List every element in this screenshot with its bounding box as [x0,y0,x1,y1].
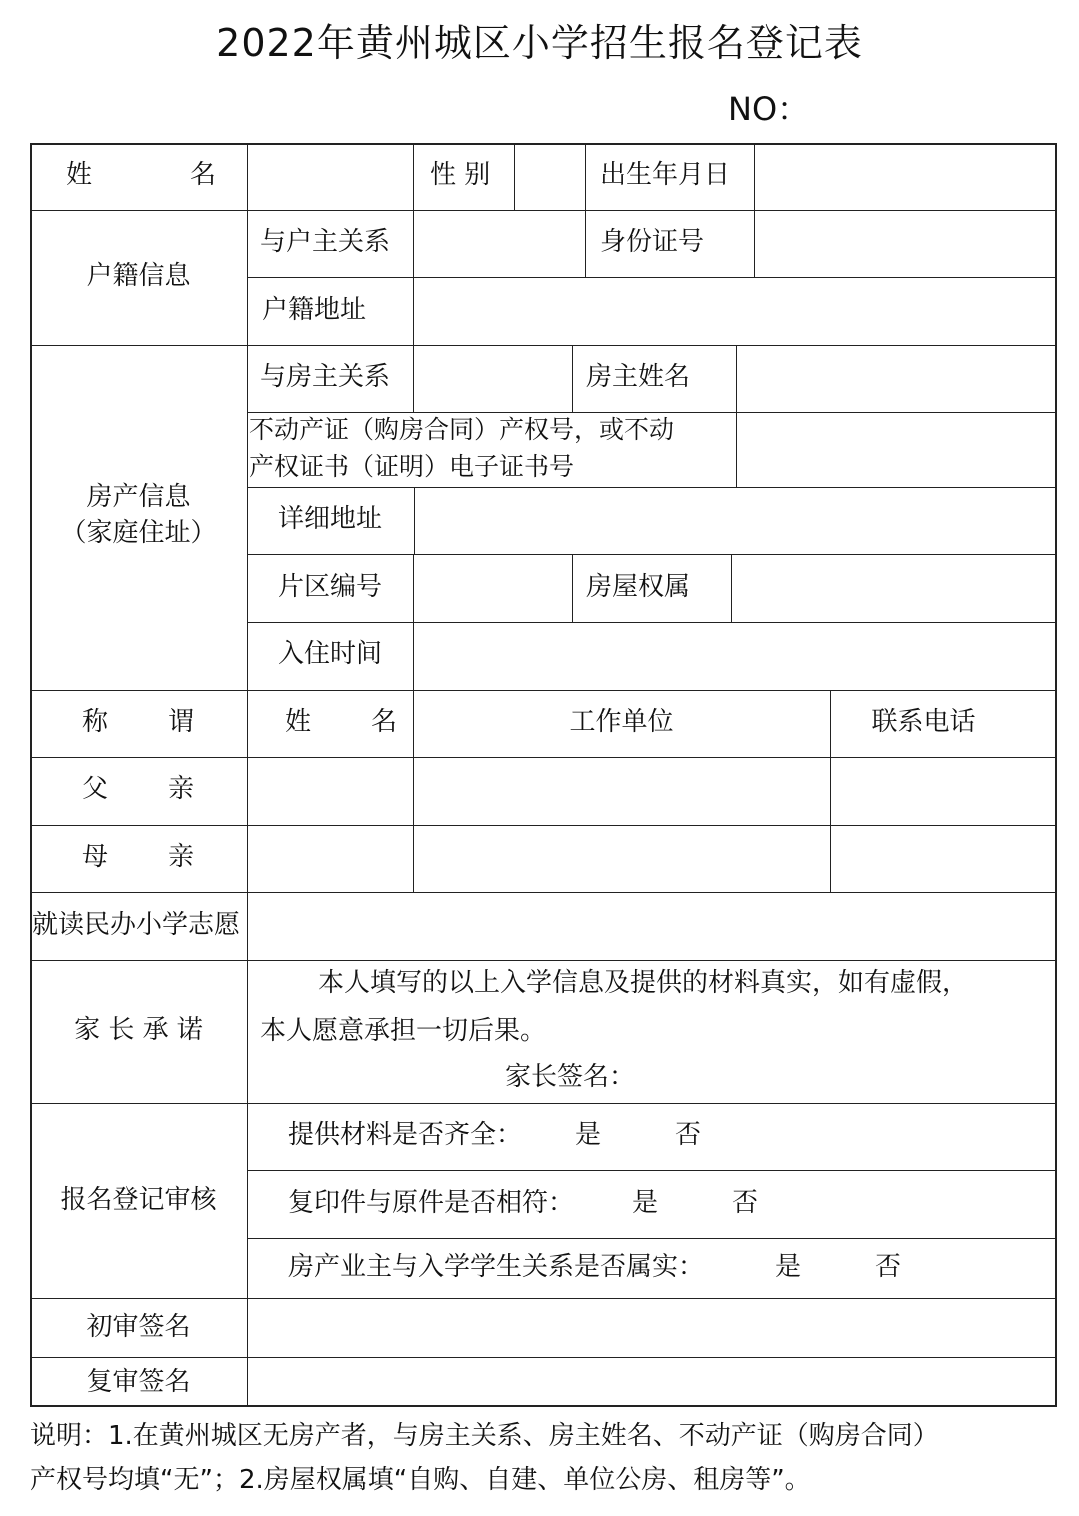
gender-label: 性 别 [430,160,490,191]
divider [413,554,414,690]
owner-name-label: 房主姓名 [586,362,690,393]
householder-relation-label: 与户主关系 [260,227,390,258]
review-section-label: 报名登记审核 [30,1185,247,1216]
mother-label: 母 亲 [82,842,194,873]
householder-relation-field[interactable] [415,212,584,276]
divider [414,487,415,554]
name-label: 姓 名 [66,160,216,191]
detailed-address-field[interactable] [416,489,1055,553]
divider [247,487,1057,488]
second-review-signature-label: 复审签名 [30,1367,247,1398]
divider [30,345,1057,346]
phone-column-header: 联系电话 [830,707,1017,738]
gender-field[interactable] [516,145,584,209]
property-cert-field[interactable] [738,414,1055,486]
zone-number-label: 片区编号 [278,572,382,603]
father-phone-field[interactable] [832,759,1055,824]
property-cert-label-2: 产权证书（证明）电子证书号 [249,452,574,482]
note-line-1: 说明：1.在黄州城区无房产者，与房主关系、房主姓名、不动产证（购房合同） [30,1414,1060,1458]
divider [754,143,755,277]
employer-column-header: 工作单位 [413,707,830,738]
zone-number-field[interactable] [415,556,571,621]
mother-phone-field[interactable] [832,827,1055,891]
move-in-time-label: 入住时间 [278,639,382,670]
property-cert-label: 不动产证（购房合同）产权号，或不动 [249,415,674,445]
parent-name-column-header: 姓 名 [285,707,397,738]
household-address-label: 户籍地址 [262,295,366,326]
ownership-field[interactable] [733,556,1055,621]
pledge-text: 本人填写的以上入学信息及提供的材料真实，如有虚假， [318,968,968,999]
first-review-signature-field[interactable] [249,1300,1055,1356]
divider [30,1298,1057,1299]
household-section-label: 户籍信息 [30,261,247,292]
copies-match-question: 复印件与原件是否相符： [288,1188,574,1219]
divider [572,554,573,622]
birth-date-label: 出生年月日 [600,160,730,191]
divider [413,210,414,345]
id-number-label: 身份证号 [600,227,704,258]
divider [736,345,737,487]
divider [247,143,248,1407]
household-address-field[interactable] [415,279,1055,344]
father-label: 父 亲 [82,774,194,805]
parent-signature-label: 家长签名： [505,1062,635,1093]
owner-relation-verified-question: 房产业主与入学学生关系是否属实： [288,1252,704,1283]
divider [585,143,586,277]
form-title: 2022年黄州城区小学招生报名登记表 [0,12,1079,67]
materials-complete-no[interactable]: 否 [675,1120,701,1151]
divider [30,825,1057,826]
copies-match-yes[interactable]: 是 [632,1188,658,1219]
divider [247,1238,1057,1239]
divider [30,1103,1057,1104]
serial-number-label: NO： [728,84,809,130]
divider [30,1357,1057,1358]
second-review-signature-field[interactable] [249,1359,1055,1405]
relation-column-header: 称 谓 [82,707,194,738]
id-number-field[interactable] [756,212,1055,276]
divider [30,757,1057,758]
detailed-address-label: 详细地址 [278,504,382,535]
divider [413,345,414,412]
divider [30,892,1057,893]
move-in-time-field[interactable] [415,624,1055,689]
divider [30,210,1057,211]
mother-name-field[interactable] [249,827,412,891]
birth-date-field[interactable] [756,145,1055,209]
owner-relation-label: 与房主关系 [260,362,390,393]
materials-complete-question: 提供材料是否齐全： [288,1120,522,1151]
mother-employer-field[interactable] [415,827,829,891]
divider [572,345,573,412]
materials-complete-yes[interactable]: 是 [575,1120,601,1151]
father-employer-field[interactable] [415,759,829,824]
pledge-text-2: 本人愿意承担一切后果。 [260,1016,546,1047]
note-line-2: 产权号均填“无”；2.房屋权属填“自购、自建、单位公房、租房等”。 [30,1458,1060,1502]
divider [413,143,414,210]
father-name-field[interactable] [249,759,412,824]
divider [514,143,515,210]
private-school-field[interactable] [249,894,1055,959]
divider [247,1170,1057,1171]
property-section-label: 房产信息 [30,482,247,513]
divider [247,622,1057,623]
ownership-label: 房屋权属 [586,572,690,603]
divider [247,554,1057,555]
divider [247,412,1057,413]
instructions-note: 说明：1.在黄州城区无房产者，与房主关系、房主姓名、不动产证（购房合同） 产权号… [30,1414,1060,1502]
owner-relation-field[interactable] [415,347,571,411]
owner-relation-verified-no[interactable]: 否 [875,1252,901,1283]
divider [30,690,1057,691]
owner-relation-verified-yes[interactable]: 是 [775,1252,801,1283]
private-school-label: 就读民办小学志愿 [32,910,245,941]
divider [731,554,732,622]
property-section-sublabel: （家庭住址） [30,518,247,549]
name-field[interactable] [249,145,412,209]
divider [30,960,1057,961]
copies-match-no[interactable]: 否 [732,1188,758,1219]
pledge-label: 家 长 承 诺 [30,1015,247,1046]
first-review-signature-label: 初审签名 [30,1312,247,1343]
owner-name-field[interactable] [738,347,1055,411]
divider [247,277,1057,278]
